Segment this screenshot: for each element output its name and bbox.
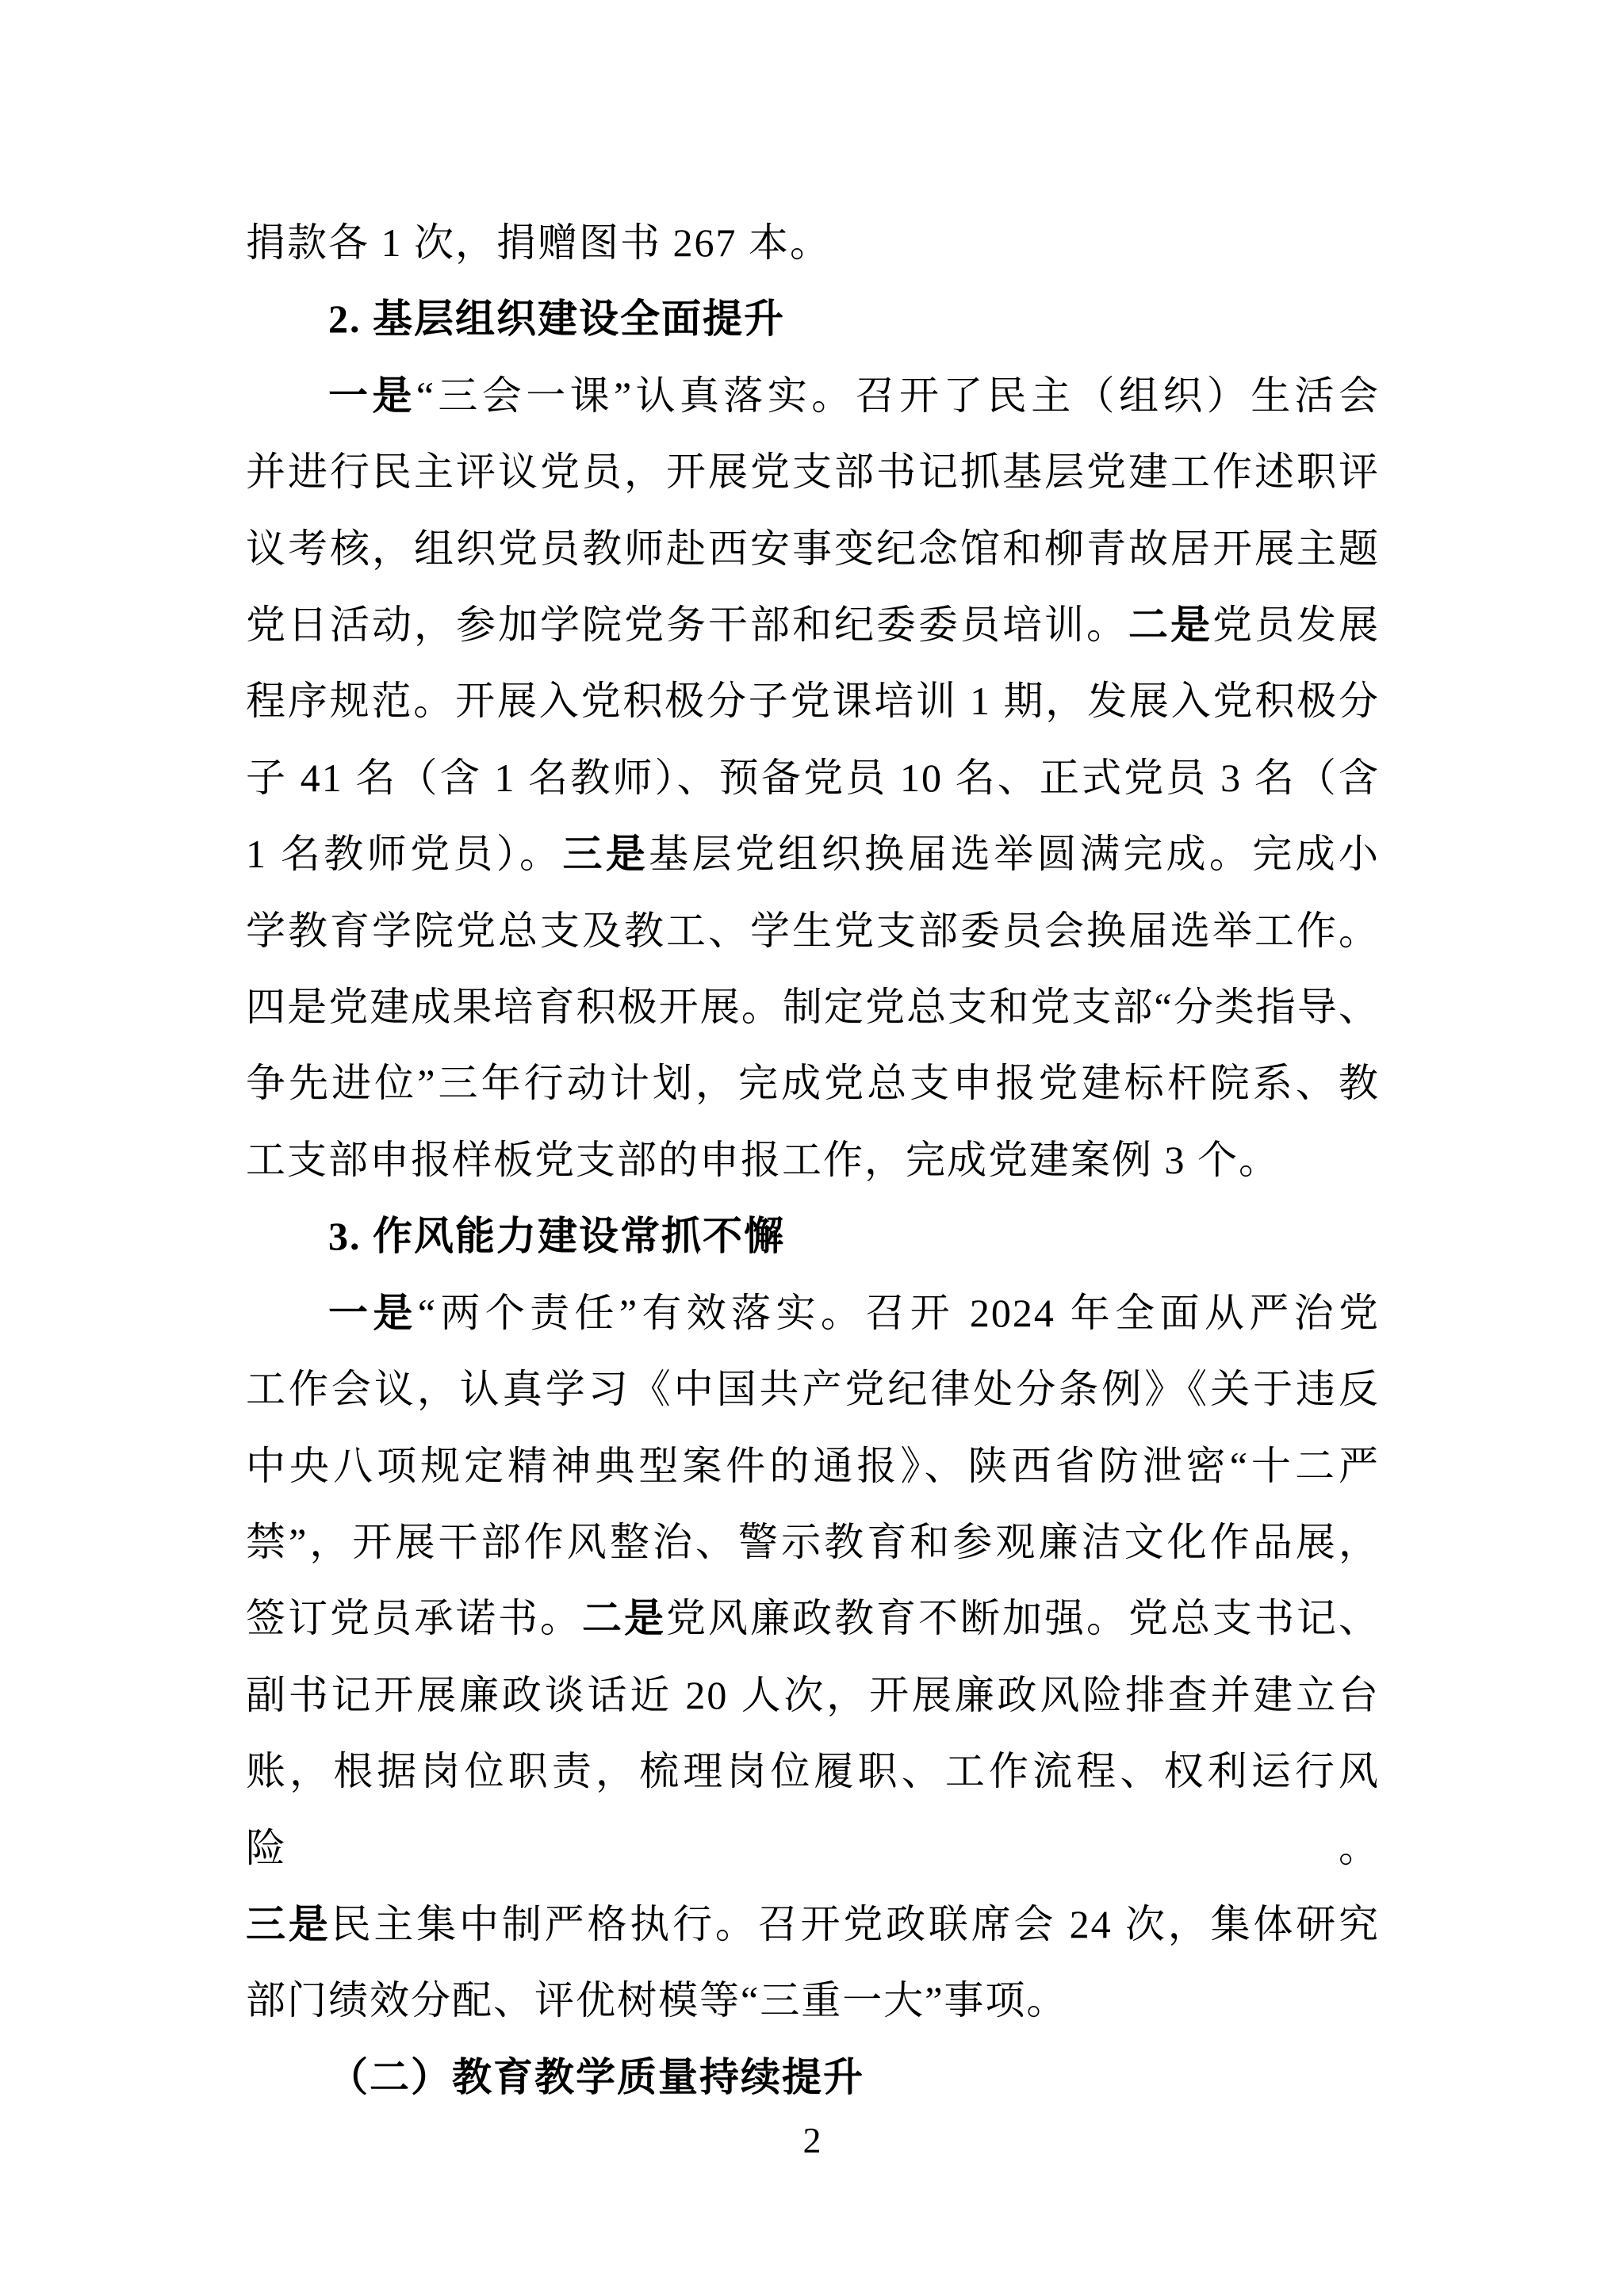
- heading-line: 3. 作风能力建设常抓不懈: [246, 1198, 1380, 1274]
- bold-text-run: 三是: [562, 832, 649, 876]
- text-run: 并进行民主评议党员，开展党支部书记抓基层党建工作述职评: [246, 450, 1380, 494]
- text-line: 禁”，开展干部作风整治、警示教育和参观廉洁文化作品展，: [246, 1504, 1380, 1580]
- text-line: 中央八项规定精神典型案件的通报》、陕西省防泄密“十二严: [246, 1428, 1380, 1504]
- bold-text-run: 3. 作风能力建设常抓不懈: [328, 1214, 785, 1258]
- text-line: 程序规范。开展入党积极分子党课培训 1 期，发展入党积极分: [246, 663, 1380, 739]
- bold-text-run: 二是: [582, 1596, 666, 1640]
- text-line: 账，根据岗位职责，梳理岗位履职、工作流程、权利运行风险。: [246, 1733, 1380, 1886]
- text-run: 党风廉政教育不断加强。党总支书记、: [666, 1596, 1380, 1640]
- text-line: 四是党建成果培育积极开展。制定党总支和党支部“分类指导、: [246, 969, 1380, 1045]
- text-run: 党员发展: [1212, 603, 1380, 647]
- text-line: 一是“三会一课”认真落实。召开了民主（组织）生活会: [246, 358, 1380, 434]
- text-line: 工作会议，认真学习《中国共产党纪律处分条例》《关于违反: [246, 1351, 1380, 1427]
- text-line: 争先进位”三年行动计划，完成党总支申报党建标杆院系、教: [246, 1045, 1380, 1121]
- text-run: 捐款各 1 次，捐赠图书 267 本。: [246, 220, 831, 265]
- text-line: 一是“两个责任”有效落实。召开 2024 年全面从严治党: [246, 1275, 1380, 1351]
- text-run: 四是党建成果培育积极开展。制定党总支和党支部“分类指导、: [246, 985, 1380, 1029]
- text-run: 账，根据岗位职责，梳理岗位履职、工作流程、权利运行风险。: [246, 1749, 1380, 1869]
- bold-text-run: 三是: [246, 1902, 331, 1946]
- text-run: 基层党组织换届选举圆满完成。完成小: [649, 832, 1380, 876]
- text-run: “两个责任”有效落实。召开 2024 年全面从严治党: [418, 1291, 1380, 1335]
- bold-text-run: 2. 基层组织建设全面提升: [328, 297, 785, 341]
- text-line: 1 名教师党员）。三是基层党组织换届选举圆满完成。完成小: [246, 816, 1380, 892]
- text-run: 1 名教师党员）。: [246, 832, 562, 876]
- text-run: 学教育学院党总支及教工、学生党支部委员会换届选举工作。: [246, 909, 1380, 953]
- text-line: 党日活动，参加学院党务干部和纪委委员培训。二是党员发展: [246, 587, 1380, 663]
- bold-text-run: 二是: [1128, 603, 1212, 647]
- text-run: 副书记开展廉政谈话近 20 人次，开展廉政风险排查并建立台: [246, 1673, 1380, 1717]
- text-line: 学教育学院党总支及教工、学生党支部委员会换届选举工作。: [246, 893, 1380, 969]
- text-run: 争先进位”三年行动计划，完成党总支申报党建标杆院系、教: [246, 1061, 1380, 1105]
- text-line: 并进行民主评议党员，开展党支部书记抓基层党建工作述职评: [246, 434, 1380, 510]
- text-run: 子 41 名（含 1 名教师）、预备党员 10 名、正式党员 3 名（含: [246, 756, 1380, 800]
- page-footer: 2: [0, 2115, 1624, 2166]
- text-line: 捐款各 1 次，捐赠图书 267 本。: [246, 205, 1380, 281]
- text-line: 三是民主集中制严格执行。召开党政联席会 24 次，集体研究: [246, 1886, 1380, 1962]
- text-line: 签订党员承诺书。二是党风廉政教育不断加强。党总支书记、: [246, 1580, 1380, 1656]
- bold-text-run: （二）教育教学质量持续提升: [328, 2055, 864, 2099]
- text-run: 民主集中制严格执行。召开党政联席会 24 次，集体研究: [331, 1902, 1380, 1946]
- text-line: 部门绩效分配、评优树模等“三重一大”事项。: [246, 1962, 1380, 2038]
- text-line: 子 41 名（含 1 名教师）、预备党员 10 名、正式党员 3 名（含: [246, 740, 1380, 816]
- page-number: 2: [803, 2120, 822, 2160]
- text-run: 党日活动，参加学院党务干部和纪委委员培训。: [246, 603, 1128, 647]
- text-line: 议考核，组织党员教师赴西安事变纪念馆和柳青故居开展主题: [246, 511, 1380, 587]
- text-run: 禁”，开展干部作风整治、警示教育和参观廉洁文化作品展，: [246, 1520, 1380, 1564]
- text-run: 工作会议，认真学习《中国共产党纪律处分条例》《关于违反: [246, 1367, 1380, 1411]
- text-line: 副书记开展廉政谈话近 20 人次，开展廉政风险排查并建立台: [246, 1657, 1380, 1733]
- bold-text-run: 一是: [328, 373, 416, 418]
- text-line: 工支部申报样板党支部的申报工作，完成党建案例 3 个。: [246, 1122, 1380, 1198]
- text-run: 中央八项规定精神典型案件的通报》、陕西省防泄密“十二严: [246, 1444, 1380, 1488]
- document-page: 捐款各 1 次，捐赠图书 267 本。2. 基层组织建设全面提升一是“三会一课”…: [0, 0, 1624, 2296]
- bold-text-run: 一是: [328, 1291, 418, 1335]
- text-run: 签订党员承诺书。: [246, 1596, 582, 1640]
- document-body: 捐款各 1 次，捐赠图书 267 本。2. 基层组织建设全面提升一是“三会一课”…: [246, 205, 1380, 2115]
- text-run: 议考核，组织党员教师赴西安事变纪念馆和柳青故居开展主题: [246, 526, 1380, 571]
- text-run: “三会一课”认真落实。召开了民主（组织）生活会: [416, 373, 1380, 418]
- text-run: 部门绩效分配、评优树模等“三重一大”事项。: [246, 1978, 1067, 2022]
- heading-line: （二）教育教学质量持续提升: [246, 2039, 1380, 2115]
- text-run: 程序规范。开展入党积极分子党课培训 1 期，发展入党积极分: [246, 679, 1380, 723]
- heading-line: 2. 基层组织建设全面提升: [246, 281, 1380, 357]
- text-run: 工支部申报样板党支部的申报工作，完成党建案例 3 个。: [246, 1138, 1280, 1182]
